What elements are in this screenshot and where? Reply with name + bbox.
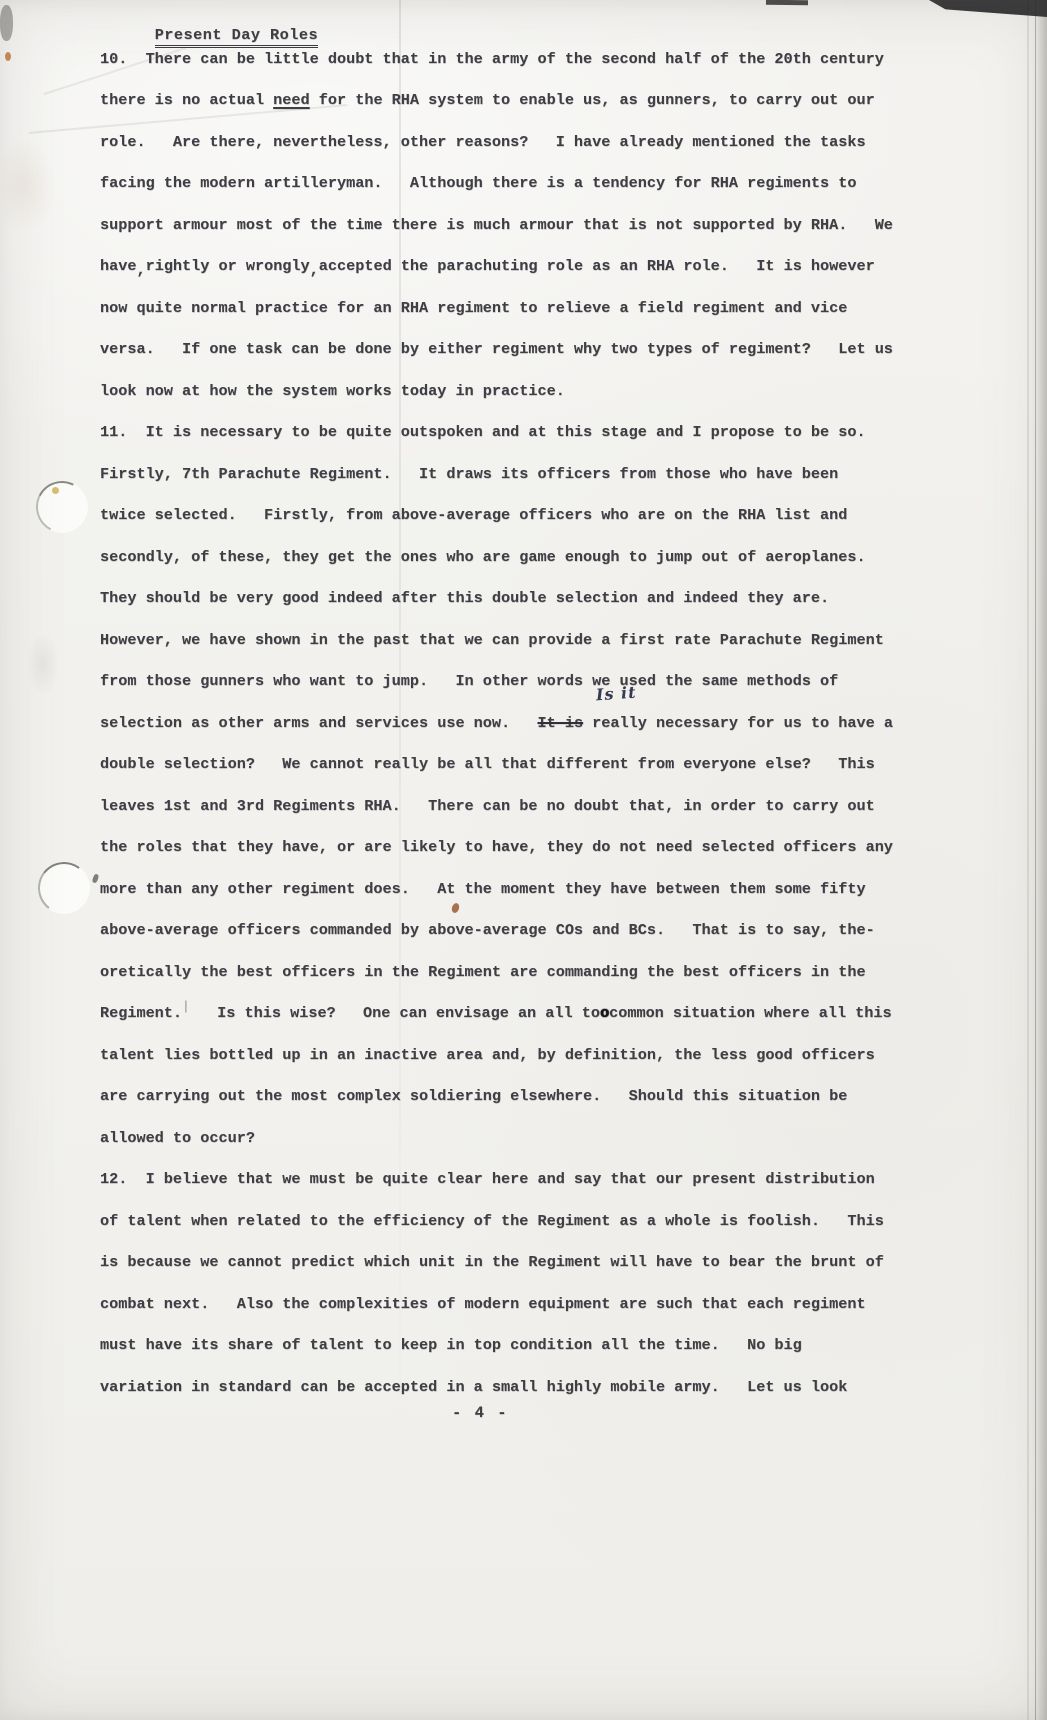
page-number: - 4 - [452, 1404, 509, 1422]
document-heading: Present Day Roles [155, 26, 318, 48]
typed-line: have,rightly or wrongly,accepted the par… [100, 257, 960, 299]
typed-line: are carrying out the most complex soldie… [100, 1087, 960, 1129]
typed-line: of talent when related to the efficiency… [100, 1212, 960, 1254]
hole-punch [29, 474, 95, 540]
typed-line: They should be very good indeed after th… [100, 589, 960, 631]
text-body: Present Day Roles 10. There can be littl… [100, 8, 960, 1419]
top-edge-mark [766, 0, 808, 5]
typed-line: 10. There can be little doubt that in th… [100, 50, 960, 92]
typed-line: However, we have shown in the past that … [100, 631, 960, 673]
typed-line: from those gunners who want to jump. In … [100, 672, 960, 714]
typed-line: support armour most of the time there is… [100, 216, 960, 258]
scan-edge-line [1027, 0, 1029, 1720]
typed-line: there is no actual need for the RHA syst… [100, 91, 960, 133]
hole-punch [35, 859, 94, 918]
typed-line: look now at how the system works today i… [100, 382, 960, 424]
paper-smudge [26, 632, 60, 696]
typed-line: role. Are there, nevertheless, other rea… [100, 133, 960, 175]
yellow-fleck [52, 487, 59, 494]
typed-line: talent lies bottled up in an inactive ar… [100, 1046, 960, 1088]
scanned-page: Present Day Roles 10. There can be littl… [0, 0, 1047, 1720]
typed-line: secondly, of these, they get the ones wh… [100, 548, 960, 590]
typed-line: twice selected. Firstly, from above-aver… [100, 506, 960, 548]
typed-line: the roles that they have, or are likely … [100, 838, 960, 880]
typed-line: 11. It is necessary to be quite outspoke… [100, 423, 960, 465]
typed-line: more than any other regiment does. At th… [100, 880, 960, 922]
typed-line: now quite normal practice for an RHA reg… [100, 299, 960, 341]
dark-tick-mark [92, 873, 100, 883]
typed-line: oretically the best officers in the Regi… [100, 963, 960, 1005]
typed-line: 12. I believe that we must be quite clea… [100, 1170, 960, 1212]
typed-line: is because we cannot predict which unit … [100, 1253, 960, 1295]
paper-right-edge [1035, 0, 1047, 1720]
typed-line: leaves 1st and 3rd Regiments RHA. There … [100, 797, 960, 839]
typed-line: variation in standard can be accepted in… [100, 1378, 960, 1420]
typed-line: allowed to occur? [100, 1129, 960, 1171]
orange-fleck [5, 52, 11, 61]
typed-line: facing the modern artilleryman. Although… [100, 174, 960, 216]
section-heading-line: Present Day Roles [100, 8, 960, 50]
handwritten-correction: Is it [595, 683, 637, 705]
typed-line: must have its share of talent to keep in… [100, 1336, 960, 1378]
typed-line: selection as other arms and services use… [100, 714, 960, 756]
typed-line: Firstly, 7th Parachute Regiment. It draw… [100, 465, 960, 507]
typed-line: versa. If one task can be done by either… [100, 340, 960, 382]
typed-line: double selection? We cannot really be al… [100, 755, 960, 797]
typed-line: Regiment.| Is this wise? One can envisag… [100, 1004, 960, 1046]
paper-stain [0, 138, 56, 233]
top-left-mark [0, 5, 13, 41]
typed-line: above-average officers commanded by abov… [100, 921, 960, 963]
typed-line: combat next. Also the complexities of mo… [100, 1295, 960, 1337]
